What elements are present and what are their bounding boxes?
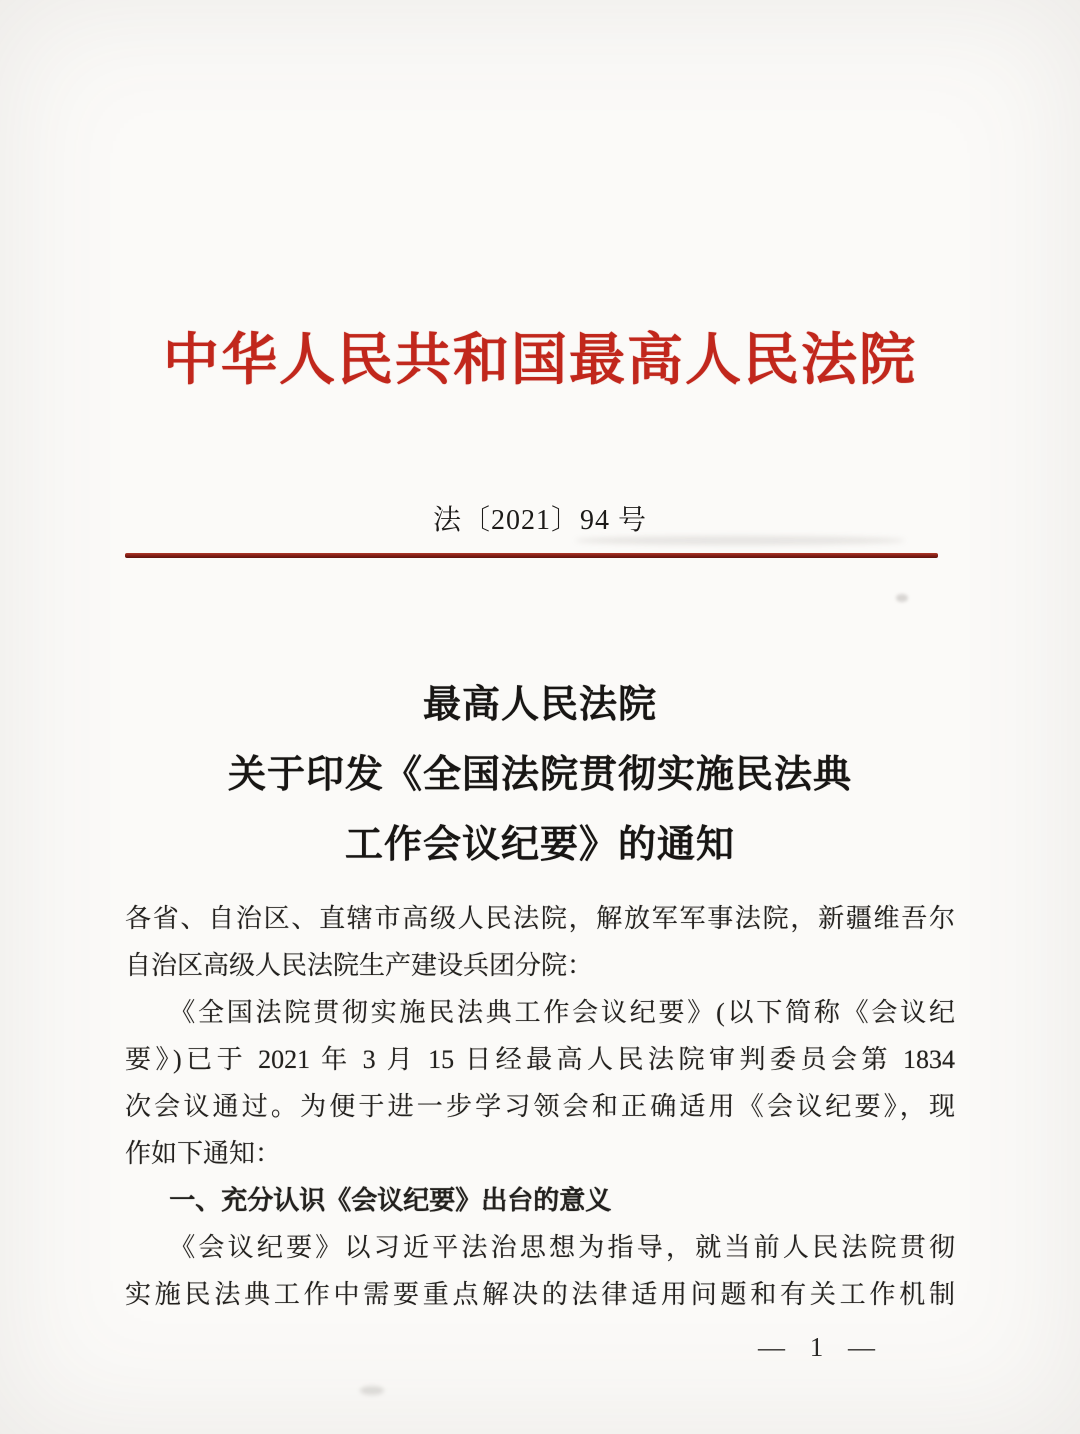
issuing-authority-letterhead: 中华人民共和国最高人民法院 [0, 316, 1080, 396]
page-number: — 1 — [758, 1332, 884, 1363]
section-heading: 一、充分认识《会议纪要》出台的意义 [125, 1177, 955, 1224]
paragraph-line: 作如下通知： [125, 1130, 955, 1177]
scanned-document-page: 中华人民共和国最高人民法院 法〔2021〕94 号 最高人民法院 关于印发《全国… [0, 0, 1080, 1434]
salutation-line: 自治区高级人民法院生产建设兵团分院： [125, 942, 955, 989]
paragraph-line: 实施民法典工作中需要重点解决的法律适用问题和有关工作机制 [125, 1271, 955, 1318]
scan-smudge [360, 1386, 384, 1395]
notice-title-line-3: 工作会议纪要》的通知 [0, 810, 1080, 880]
scan-smudge [896, 594, 908, 602]
document-reference-number: 法〔2021〕94 号 [0, 498, 1080, 538]
document-body: 各省、自治区、直辖市高级人民法院，解放军军事法院，新疆维吾尔 自治区高级人民法院… [125, 895, 955, 1318]
scan-smudge [575, 536, 905, 545]
paragraph-line: 《全国法院贯彻实施民法典工作会议纪要》(以下简称《会议纪 [125, 989, 955, 1036]
notice-title: 最高人民法院 关于印发《全国法院贯彻实施民法典 工作会议纪要》的通知 [0, 670, 1080, 880]
letterhead-separator-rule [125, 553, 938, 558]
notice-title-line-1: 最高人民法院 [0, 670, 1080, 740]
salutation-line: 各省、自治区、直辖市高级人民法院，解放军军事法院，新疆维吾尔 [125, 895, 955, 942]
paragraph-line: 要》)已于 2021 年 3 月 15 日经最高人民法院审判委员会第 1834 [125, 1036, 955, 1083]
paragraph-line: 《会议纪要》以习近平法治思想为指导，就当前人民法院贯彻 [125, 1224, 955, 1271]
paragraph-line: 次会议通过。为便于进一步学习领会和正确适用《会议纪要》，现 [125, 1083, 955, 1130]
notice-title-line-2: 关于印发《全国法院贯彻实施民法典 [0, 740, 1080, 810]
